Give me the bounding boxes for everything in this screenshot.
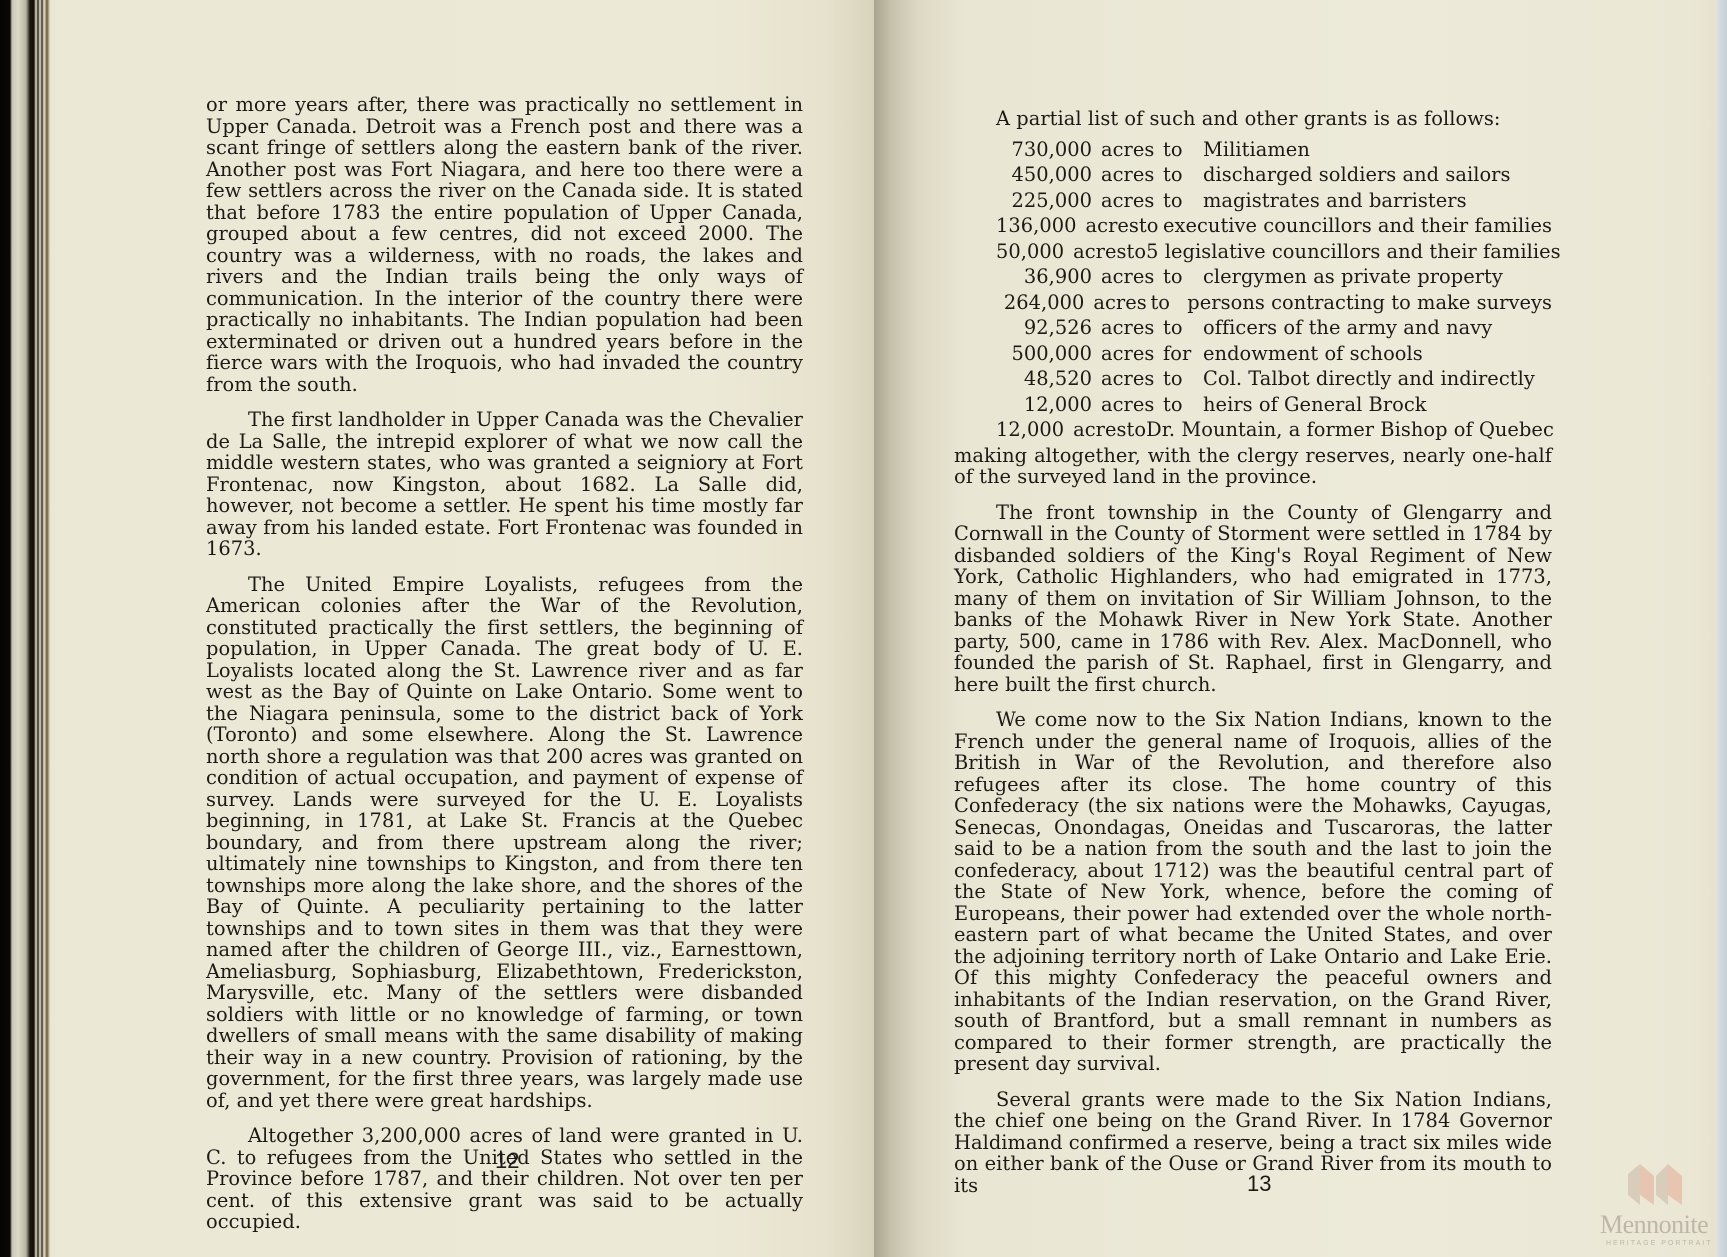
grant-recipient: 5 legislative councillors and their fami… [1146, 241, 1561, 263]
grant-recipient: Dr. Mountain, a former Bishop of Quebec [1146, 419, 1554, 441]
grant-amount: 264,000 [996, 292, 1084, 314]
grant-recipient: Col. Talbot directly and indirectly [1203, 368, 1552, 390]
list-intro: A partial list of such and other grants … [954, 108, 1552, 130]
grant-preposition: to [1163, 164, 1203, 186]
paragraph: We come now to the Six Nation Indians, k… [954, 709, 1552, 1075]
right-page-body: A partial list of such and other grants … [954, 108, 1552, 1210]
grant-row: 500,000 acres for endowment of schools [996, 343, 1552, 369]
book-page-edges [0, 0, 56, 1257]
grant-amount: 48,520 [996, 368, 1092, 390]
grant-amount: 50,000 [996, 241, 1064, 263]
grant-preposition: to [1127, 241, 1147, 263]
grant-recipient: Militiamen [1203, 139, 1552, 161]
grant-preposition: to [1163, 266, 1203, 288]
grant-amount: 92,526 [996, 317, 1092, 339]
heritage-logo-icon [1628, 1162, 1698, 1207]
grant-row: 92,526 acres to officers of the army and… [996, 317, 1552, 343]
grant-recipient: persons contracting to make surveys [1187, 292, 1552, 314]
grant-recipient: discharged soldiers and sailors [1203, 164, 1552, 186]
grant-recipient: executive councillors and their families [1163, 215, 1552, 237]
grant-amount: 500,000 [996, 343, 1092, 365]
grant-preposition: to [1163, 394, 1203, 416]
grant-preposition: to [1163, 317, 1203, 339]
paragraph: The front township in the County of Glen… [954, 502, 1552, 696]
grant-recipient: endowment of schools [1203, 343, 1552, 365]
grant-row: 48,520 acres to Col. Talbot directly and… [996, 368, 1552, 394]
grant-amount: 12,000 [996, 394, 1092, 416]
grant-preposition: to [1163, 139, 1203, 161]
grant-unit: acres [1073, 241, 1126, 263]
grant-unit: acres [1101, 368, 1163, 390]
grant-amount: 12,000 [996, 419, 1064, 441]
grant-recipient: clergymen as private property [1203, 266, 1552, 288]
grant-row: 50,000 acres to 5 legislative councillor… [996, 241, 1552, 267]
grant-preposition: to [1127, 419, 1147, 441]
paragraph: The first landholder in Upper Canada was… [206, 409, 803, 560]
grant-unit: acres [1101, 394, 1163, 416]
grant-row: 225,000 acres to magistrates and barrist… [996, 190, 1552, 216]
paragraph: or more years after, there was practical… [206, 94, 803, 395]
grant-row: 450,000 acres to discharged soldiers and… [996, 164, 1552, 190]
watermark-subtitle: HERITAGE PORTRAIT [1606, 1240, 1712, 1247]
grant-recipient: officers of the army and navy [1203, 317, 1552, 339]
grant-amount: 136,000 [996, 215, 1077, 237]
paragraph: Altogether 3,200,000 acres of land were … [206, 1125, 803, 1233]
grant-preposition: to [1150, 292, 1187, 314]
grant-row: 730,000 acres to Militiamen [996, 139, 1552, 165]
grant-unit: acres [1086, 215, 1139, 237]
grant-unit: acres [1101, 317, 1163, 339]
grant-amount: 730,000 [996, 139, 1092, 161]
grant-amount: 225,000 [996, 190, 1092, 212]
grant-unit: acres [1073, 419, 1126, 441]
page-number-right: 13 [1247, 1171, 1271, 1197]
grant-preposition: to [1139, 215, 1163, 237]
grant-row: 36,900 acres to clergymen as private pro… [996, 266, 1552, 292]
paragraph: The United Empire Loyalists, refugees fr… [206, 574, 803, 1112]
grant-unit: acres [1101, 139, 1163, 161]
left-page-body: or more years after, there was practical… [206, 94, 803, 1247]
mennonite-heritage-watermark: Mennonite HERITAGE PORTRAIT [1598, 1162, 1718, 1252]
grant-row: 264,000 acres to persons contracting to … [996, 292, 1552, 318]
grant-row: 12,000 acres to heirs of General Brock [996, 394, 1552, 420]
watermark-name: Mennonite [1600, 1210, 1708, 1240]
grant-amount: 36,900 [996, 266, 1092, 288]
list-continuation: making altogether, with the clergy reser… [954, 445, 1552, 488]
grant-row: 136,000 acres to executive councillors a… [996, 215, 1552, 241]
grant-unit: acres [1101, 164, 1163, 186]
scan-right-margin [1717, 0, 1727, 1257]
grant-preposition: to [1163, 368, 1203, 390]
grant-recipient: magistrates and barristers [1203, 190, 1552, 212]
grant-row: 12,000 acres to Dr. Mountain, a former B… [996, 419, 1552, 445]
grant-unit: acres [1101, 190, 1163, 212]
grant-preposition: to [1163, 190, 1203, 212]
grant-recipient: heirs of General Brock [1203, 394, 1552, 416]
grant-preposition: for [1163, 343, 1203, 365]
grant-unit: acres [1093, 292, 1150, 314]
grant-amount: 450,000 [996, 164, 1092, 186]
grant-list: 730,000 acres to Militiamen 450,000 acre… [996, 139, 1552, 445]
page-number-left: 12 [495, 1148, 519, 1174]
grant-unit: acres [1101, 266, 1163, 288]
grant-unit: acres [1101, 343, 1163, 365]
